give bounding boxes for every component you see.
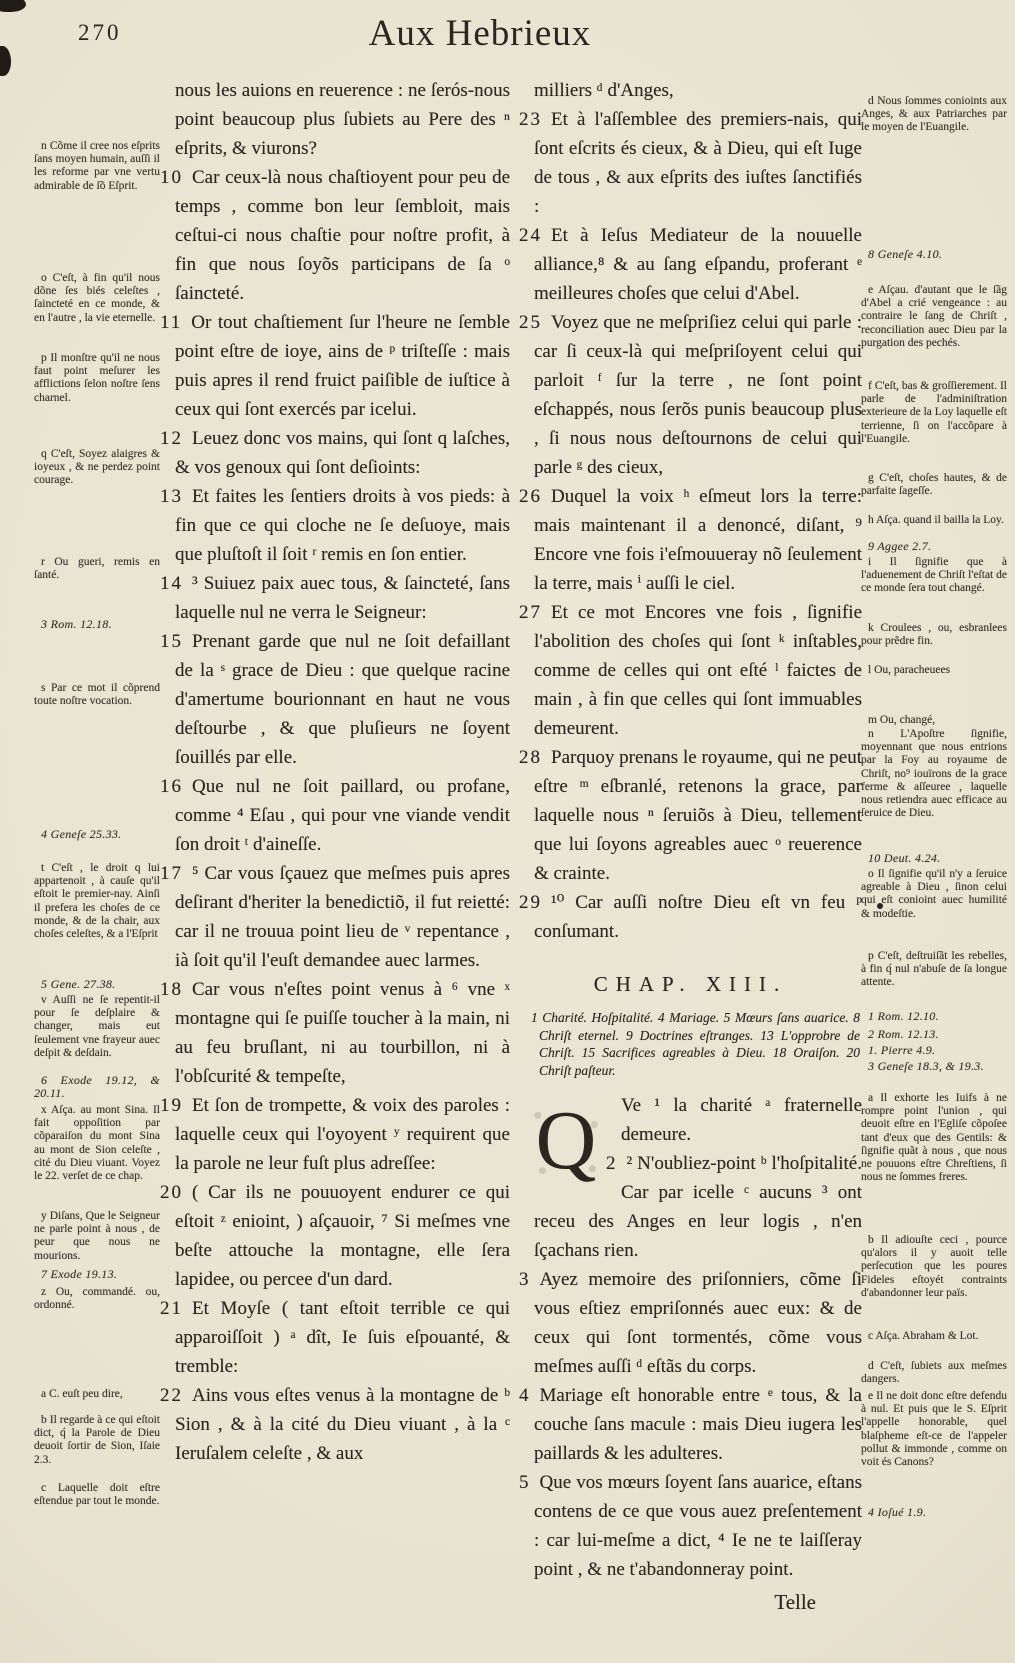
verse-14: 14³ Suiuez paix auec tous, & ſaincteté, … [160,569,510,627]
margin-note: r Ou gueri, remis en ſanté. [34,556,160,582]
margin-reference: 7 Exode 19.13. [34,1268,160,1281]
verse-11: 11Or tout chaſtiement ſur l'heure ne ſem… [160,308,510,424]
margin-note: z Ou, commandé. ou, ordonné. [34,1286,160,1312]
margin-reference: 5 Gene. 27.38. [34,978,160,991]
verse-25: 25Voyez que ne meſpriſiez celui qui parl… [519,308,862,482]
verse-number: 21 [160,1298,183,1319]
verse-text: Mariage eſt honorable entre ᵉ tous, & la… [534,1385,862,1464]
chapter-heading: CHAP. XIII. [519,970,862,999]
margin-note: l Ou, paracheuees [861,664,1007,677]
margin-note: h Aſça. quand il bailla la Loy. [861,514,1007,527]
margin-note: e Il ne doit donc eſtre defendu à nul. E… [861,1390,1007,1469]
verse-text: Que vos mœurs ſoyent ſans auarice, eſtan… [534,1472,862,1580]
verse-4: 4Mariage eſt honorable entre ᵉ tous, & l… [519,1381,862,1468]
margin-note: s Par ce mot il cõprend toute noſtre voc… [34,682,160,708]
verse-text: ( Car ils ne pouuoyent endurer ce qui eſ… [175,1182,510,1290]
verse-29: 29¹⁰ Car auſſi noſtre Dieu eſt vn feu ᵖ … [519,888,862,946]
verse-text: Prenant garde que nul ne ſoit defaillant… [175,631,510,768]
verse-text: Et à l'aſſemblee des premiers-nais, qui … [534,109,862,217]
margin-note: a C. euſt peu dire, [34,1388,160,1401]
chapter-12-verses: milliers ᵈ d'Anges,23Et à l'aſſemblee de… [519,76,862,946]
verse-text: Duquel la voix ʰ eſmeut lors la terre: m… [534,486,862,594]
margin-note: q C'eſt, Soyez alaigres & ioyeux , & ne … [34,448,160,488]
margin-note: t C'eſt , le droit q lui appartenoit , à… [34,862,160,941]
verse-5: 5Que vos mœurs ſoyent ſans auarice, eſta… [519,1468,862,1584]
right-margin-notes-column: d Nous ſommes conioints aux Anges, & aux… [861,0,1007,1663]
verse-number: 12 [160,428,183,449]
margin-reference: 4 Geneſe 25.33. [34,828,160,841]
verse-number: 24 [519,225,542,246]
verse-28: 28Parquoy prenans le royaume, qui ne peu… [519,743,862,888]
verse-number: 22 [160,1385,183,1406]
margin-note: i Il ſignifie que à l'aduenement de Chri… [861,556,1007,596]
verse-number: 25 [519,312,542,333]
chapter-13-verses: Q Ve ¹ la charité ᵃ fraternelle demeure.… [519,1091,862,1584]
chapter-argument: 1 Charité. Hoſpitalité. 4 Mariage. 5 Mœu… [531,1009,860,1079]
verse-13: 13Et faites les ſentiers droits à vos pi… [160,482,510,569]
margin-note: o Il ſignifie qu'il n'y a ſeruice agreab… [861,868,1007,921]
verse-number: 2 [606,1153,618,1174]
verse-text: ⁵ Car vous ſçauez que meſmes puis apres … [175,863,510,971]
verse-text: Et Moyſe ( tant eſtoit terrible ce qui a… [175,1298,510,1377]
verse-number: 17 [160,863,183,884]
verse-15: 15Prenant garde que nul ne ſoit defailla… [160,627,510,772]
verse-text: milliers ᵈ d'Anges, [534,80,674,101]
margin-reference: 4 Ioſué 1.9. [861,1506,1007,1519]
verse-3: 3Ayez memoire des priſonniers, cõme ſi v… [519,1265,862,1381]
margin-note: n Cõme il cree nos eſprits ſans moyen hu… [34,140,160,193]
margin-note: p C'eſt, deſtruiſãt les rebelles, à fin … [861,950,1007,990]
verse-text: Ayez memoire des priſonniers, cõme ſi vo… [534,1269,862,1377]
verse-number: 11 [160,312,182,333]
verse-10: 10Car ceux-là nous chaſtioyent pour peu … [160,163,510,308]
margin-note: y Diſans, Que le Seigneur ne parle point… [34,1210,160,1263]
margin-note: p Il monſtre qu'il ne nous faut point me… [34,352,160,405]
verse-24: 24Et à Ieſus Mediateur de la nouuelle al… [519,221,862,308]
margin-note: n L'Apoſtre ſignifie, moyennant que nous… [861,728,1007,820]
verse-text: Ve ¹ la charité ᵃ fraternelle demeure. [621,1095,862,1145]
verse-23: 23Et à l'aſſemblee des premiers-nais, qu… [519,105,862,221]
margin-note: f C'eſt, bas & groſſierement. Il parle d… [861,380,1007,446]
verse-19: 19Et ſon de trompette, & voix des parole… [160,1091,510,1178]
verse-text: Et faites les ſentiers droits à vos pied… [175,486,510,565]
margin-reference: 8 Geneſe 4.10. [861,248,1007,261]
book-page: 270 Aux Hebrieux n Cõme il cree nos eſpr… [0,0,1015,1663]
right-text-column: milliers ᵈ d'Anges,23Et à l'aſſemblee de… [519,76,862,1617]
margin-reference: 9 Aggee 2.7. [861,540,1007,553]
verse-number: 15 [160,631,183,652]
verse-continuation: milliers ᵈ d'Anges, [519,76,862,105]
margin-reference: 3 Geneſe 18.3, & 19.3. [861,1060,1007,1073]
verse-17: 17⁵ Car vous ſçauez que meſmes puis apre… [160,859,510,975]
verse-20: 20( Car ils ne pouuoyent endurer ce qui … [160,1178,510,1294]
verse-text: Car vous n'eſtes point venus à ⁶ vne ˣ m… [175,979,510,1087]
margin-note: b Il adiouſte ceci , pource qu'alors il … [861,1234,1007,1300]
verse-26: 26Duquel la voix ʰ eſmeut lors la terre:… [519,482,862,598]
verse-number: 3 [519,1269,531,1290]
margin-note: a Il exhorte les Iuifs à ne rompre point… [861,1092,1007,1184]
verse-number: 27 [519,602,542,623]
verse-text: Leuez donc vos mains, qui ſont q laſches… [175,428,510,478]
margin-note: c Aſça. Abraham & Lot. [861,1330,1007,1343]
margin-note: c Laquelle doit eſtre eſtendue par tout … [34,1482,160,1508]
verse-text: Car ceux-là nous chaſtioyent pour peu de… [175,167,510,304]
margin-note: v Auſſi ne ſe repentit-il pour ſe deſpla… [34,994,160,1060]
margin-reference: 10 Deut. 4.24. [861,852,1007,865]
verse-text: Parquoy prenans le royaume, qui ne peut … [534,747,862,884]
verse-number: 18 [160,979,183,1000]
verse-number: 14 [160,573,183,594]
margin-note: o C'eſt, à fin qu'il nous dõne ſes biés … [34,272,160,325]
margin-reference: 1 Rom. 12.10. [861,1010,1007,1023]
margin-note: g C'eſt, choſes hautes, & de parfaite ſa… [861,472,1007,498]
verse-number: 5 [519,1472,531,1493]
verse-text: nous les auions en reuerence : ne ſerós-… [175,80,510,159]
verse-text: Ains vous eſtes venus à la montagne de ᵇ… [175,1385,510,1464]
margin-note: d Nous ſommes conioints aux Anges, & aux… [861,95,1007,135]
verse-continuation: nous les auions en reuerence : ne ſerós-… [160,76,510,163]
drop-cap-Q: Q [519,1097,613,1189]
margin-reference: 1. Pierre 4.9. [861,1044,1007,1057]
verse-text: ¹⁰ Car auſſi noſtre Dieu eſt vn feu ᵖ co… [534,892,862,942]
margin-note: m Ou, changé, [861,714,1007,727]
verse-number: 28 [519,747,542,768]
margin-reference: 3 Rom. 12.18. [34,618,160,631]
margin-note: e Aſçau. d'autant que le ſãg d'Abel a cr… [861,284,1007,350]
verse-21: 21Et Moyſe ( tant eſtoit terrible ce qui… [160,1294,510,1381]
verse-number: 23 [519,109,542,130]
verse-text: Voyez que ne meſpriſiez celui qui parle … [534,312,862,478]
verse-number: 20 [160,1182,183,1203]
margin-note: b Il regarde à ce qui eſtoit dict, q́ la… [34,1414,160,1467]
scan-smudge [0,0,26,12]
verse-16: 16Que nul ne ſoit paillard, ou profane, … [160,772,510,859]
verse-22: 22Ains vous eſtes venus à la montagne de… [160,1381,510,1468]
margin-note: k Croulees , ou, esbranlees pour prẽdre … [861,622,1007,648]
verse-number: 16 [160,776,183,797]
verse-number: 10 [160,167,183,188]
verse-number: 13 [160,486,183,507]
left-margin-notes-column: n Cõme il cree nos eſprits ſans moyen hu… [34,0,160,1663]
verse-18: 18Car vous n'eſtes point venus à ⁶ vne ˣ… [160,975,510,1091]
verse-text: Et ce mot Encores vne fois , ſignifie l'… [534,602,862,739]
left-text-column: nous les auions en reuerence : ne ſerós-… [160,76,510,1468]
verse-number: 19 [160,1095,183,1116]
verse-text: Que nul ne ſoit paillard, ou profane, co… [175,776,510,855]
margin-note: d C'eſt, ſubiets aux meſmes dangers. [861,1360,1007,1386]
verse-text: Et ſon de trompette, & voix des paroles … [175,1095,510,1174]
catchword: Telle [519,1588,816,1617]
verse-27: 27Et ce mot Encores vne fois , ſignifie … [519,598,862,743]
verse-number: 26 [519,486,542,507]
verse-text: ³ Suiuez paix auec tous, & ſaincteté, ſa… [175,573,510,623]
verse-text: Et à Ieſus Mediateur de la nouuelle alli… [534,225,862,304]
verse-12: 12Leuez donc vos mains, qui ſont q laſch… [160,424,510,482]
margin-note: x Aſça. au mont Sina. Il fait oppoſition… [34,1104,160,1183]
verse-number: 4 [519,1385,531,1406]
verse-number: 29 [519,892,542,913]
margin-reference: 6 Exode 19.12, & 20.11. [34,1074,160,1100]
margin-reference: 2 Rom. 12.13. [861,1028,1007,1041]
verse-text: Or tout chaſtiement ſur l'heure ne ſembl… [175,312,510,420]
